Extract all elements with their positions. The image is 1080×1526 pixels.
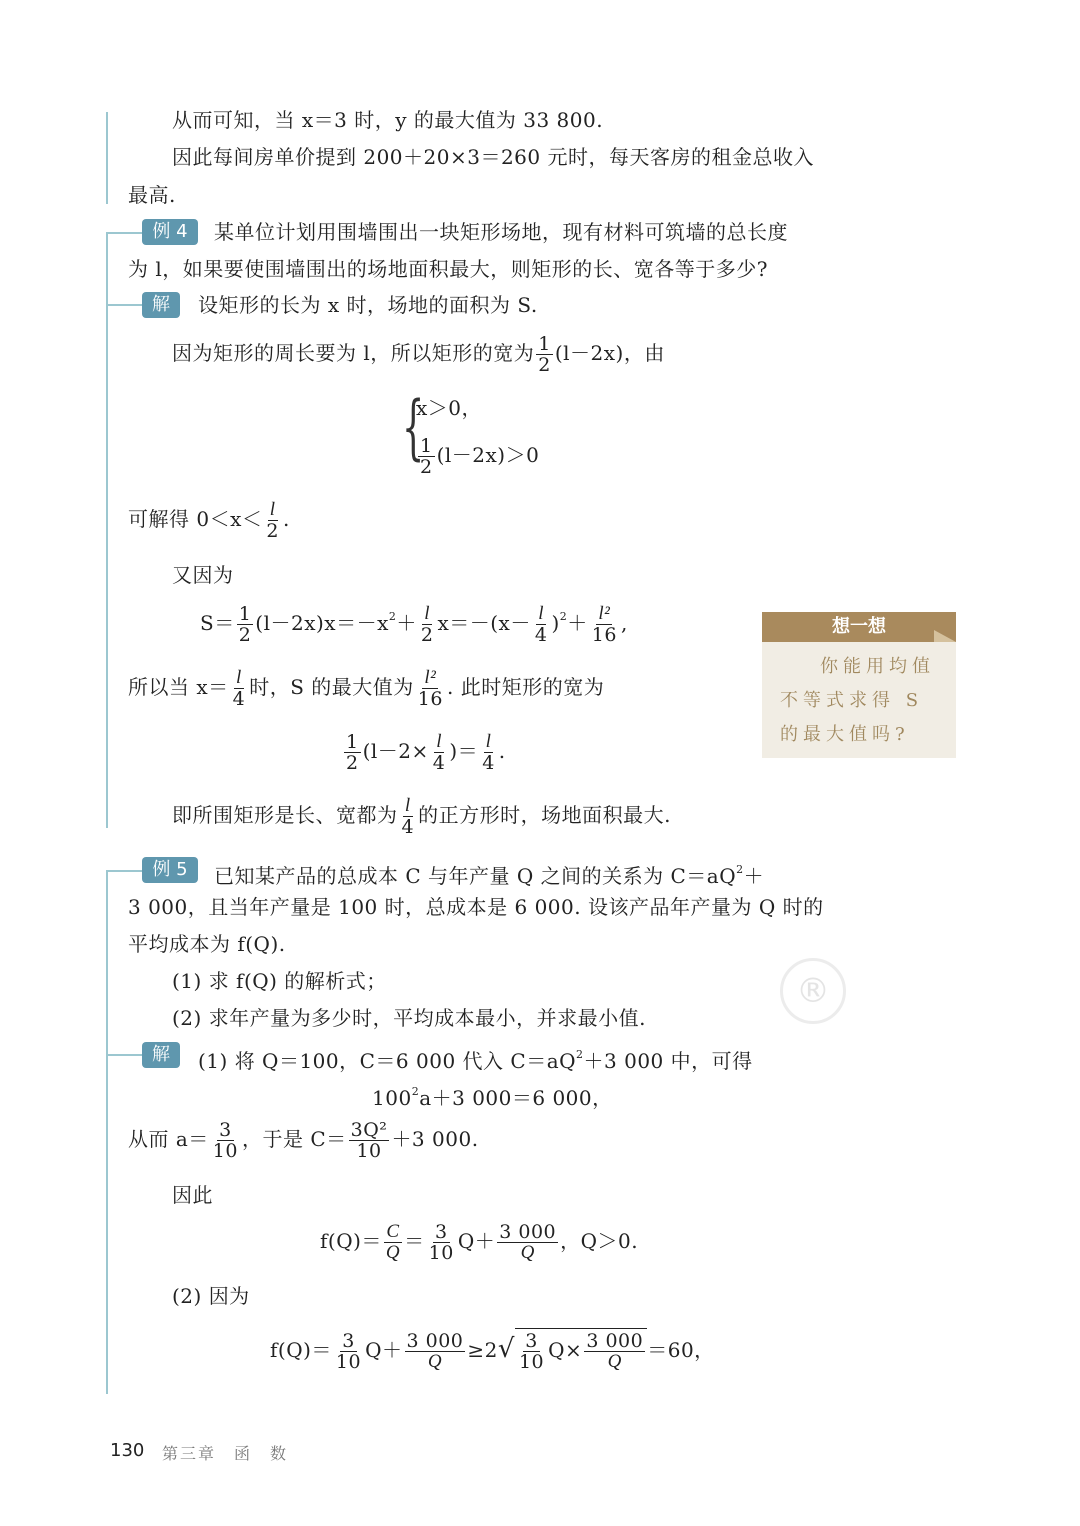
page-number: 130: [110, 1440, 144, 1461]
think-box-body: 你能用均值不等式求得 S 的最大值吗?: [762, 642, 956, 758]
registered-watermark: ®: [780, 958, 846, 1024]
think-box-title: 想一想: [762, 612, 956, 642]
text-line: (1) 求 f(Q) 的解析式；: [172, 969, 387, 993]
page-fold-icon: [934, 630, 956, 642]
solution-tag: 解: [142, 1042, 180, 1068]
text-line: 为 l，如果要使围墙围出的场地面积最大，则矩形的长、宽各等于多少?: [128, 257, 768, 281]
text-line: 从而可知，当 x＝3 时，y 的最大值为 33 800.: [172, 108, 603, 132]
solution-tag: 解: [142, 292, 180, 318]
text-line: (1) 将 Q＝100，C＝6 000 代入 C＝aQ2＋3 000 中，可得: [198, 1043, 753, 1073]
sol4-connector: [106, 304, 144, 306]
text-line: 最高.: [128, 183, 176, 207]
system-line: 12(l－2x)＞0: [416, 436, 539, 477]
system-line: x＞0，: [416, 396, 482, 420]
ex4-connector: [106, 232, 144, 234]
text-line: 已知某产品的总成本 C 与年产量 Q 之间的关系为 C＝aQ2＋: [214, 858, 764, 888]
text-line: 平均成本为 f(Q).: [128, 932, 286, 956]
ex5-connector: [106, 870, 144, 872]
text: 因为矩形的周长要为 l，所以矩形的宽为: [172, 341, 534, 365]
equation-inequality: f(Q)＝310Q＋3 000Q≥2√310Q×3 000Q＝60，: [270, 1328, 715, 1372]
text-line: 所以当 x＝l4时，S 的最大值为l²16. 此时矩形的宽为: [128, 668, 604, 709]
text-line: 从而 a＝310，于是 C＝3Q²10＋3 000.: [128, 1120, 479, 1161]
margin-rule-ex4: [106, 232, 108, 828]
equation-fQ: f(Q)＝CQ＝310Q＋3 000Q，Q＞0.: [320, 1222, 638, 1263]
example-5-tag: 例 5: [142, 857, 198, 883]
text-line: 可解得 0＜x＜l2.: [128, 500, 290, 541]
text-line: 设矩形的长为 x 时，场地的面积为 S.: [198, 293, 538, 317]
text-line: (2) 因为: [172, 1284, 250, 1308]
text-line: 又因为: [172, 563, 234, 587]
sqrt-icon: √: [498, 1334, 515, 1364]
margin-rule-top: [106, 112, 108, 204]
text-line: 3 000，且当年产量是 100 时，总成本是 6 000. 设该产品年产量为 …: [128, 895, 824, 919]
text: (l－2x)，由: [555, 341, 665, 365]
equation-width: 12(l－2×l4)＝l4.: [342, 732, 506, 773]
text-line: 因此每间房单价提到 200＋20×3＝260 元时，每天客房的租金总收入: [172, 145, 814, 169]
text-line: 1002a＋3 000＝6 000，: [372, 1080, 613, 1110]
margin-rule-ex5: [106, 870, 108, 1394]
text-line: 因此: [172, 1183, 213, 1207]
text-line: 某单位计划用围墙围出一块矩形场地，现有材料可筑墙的总长度: [214, 220, 788, 244]
sol5-connector: [106, 1054, 144, 1056]
think-box: 想一想 你能用均值不等式求得 S 的最大值吗?: [762, 612, 956, 758]
equation-S: S＝12(l－2x)x＝－x2＋l2x＝－(x－l4)2＋l²16,: [200, 604, 628, 645]
fraction: 12: [536, 334, 553, 375]
chapter-title: 第三章 函 数: [162, 1441, 288, 1464]
example-4-tag: 例 4: [142, 219, 198, 245]
text-line: 因为矩形的周长要为 l，所以矩形的宽为12(l－2x)，由: [172, 334, 665, 375]
text-line: (2) 求年产量为多少时，平均成本最小，并求最小值.: [172, 1006, 646, 1030]
text-line: 即所围矩形是长、宽都为l4的正方形时，场地面积最大.: [172, 796, 671, 837]
